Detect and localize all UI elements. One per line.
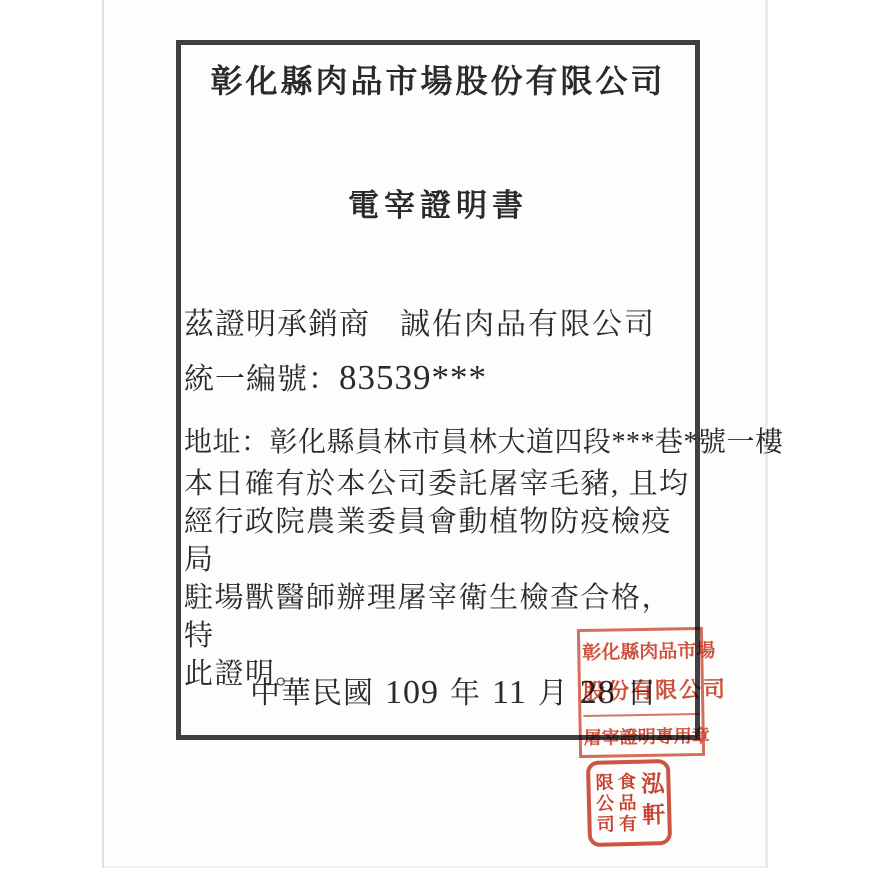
uniform-number-row: 統一編號：83539*** xyxy=(184,354,487,398)
vendor-seal-col-left: 限公司 xyxy=(594,772,614,835)
address-label: 地址： xyxy=(184,427,270,458)
vendor-seal-col-right: 泓軒 xyxy=(639,771,664,834)
uniform-number-label: 統一編號： xyxy=(184,363,339,396)
address-row: 地址：彰化縣員林市員林大道四段***巷*號一樓 xyxy=(184,420,784,460)
company-seal-line-3: 屠宰證明專用章 xyxy=(583,713,700,750)
company-seal-line-1: 彰化縣肉品市場 xyxy=(582,636,698,665)
address-value: 彰化縣員林市員林大道四段***巷*號一樓 xyxy=(270,427,784,458)
company-seal-line-2: 股份有限公司 xyxy=(583,672,700,705)
date-month-label: 月 xyxy=(538,677,569,710)
company-seal-stamp: 彰化縣肉品市場 股份有限公司 屠宰證明專用章 xyxy=(577,627,705,758)
body-line-1: 本日確有於本公司委託屠宰毛豬, 且均 xyxy=(184,465,700,503)
vendor-seal-stamp: 泓軒 食品有 限公司 xyxy=(586,759,672,847)
company-title: 彰化縣肉品市場股份有限公司 xyxy=(176,56,700,102)
vendor-seal-col-middle: 食品有 xyxy=(617,771,637,834)
date-year-label: 年 xyxy=(450,677,481,710)
date-month: 11 xyxy=(492,674,527,711)
vendor-label: 茲證明承銷商 xyxy=(184,308,370,341)
body-line-2: 經行政院農業委員會動植物防疫檢疫局 xyxy=(184,503,700,579)
date-era: 中華民國 xyxy=(250,677,374,710)
date-year: 109 xyxy=(385,674,439,711)
certificate-title: 電宰證明書 xyxy=(176,180,700,225)
vendor-statement: 茲證明承銷商誠佑肉品有限公司 xyxy=(184,299,656,343)
vendor-name: 誠佑肉品有限公司 xyxy=(400,308,656,341)
uniform-number-value: 83539*** xyxy=(339,358,487,397)
